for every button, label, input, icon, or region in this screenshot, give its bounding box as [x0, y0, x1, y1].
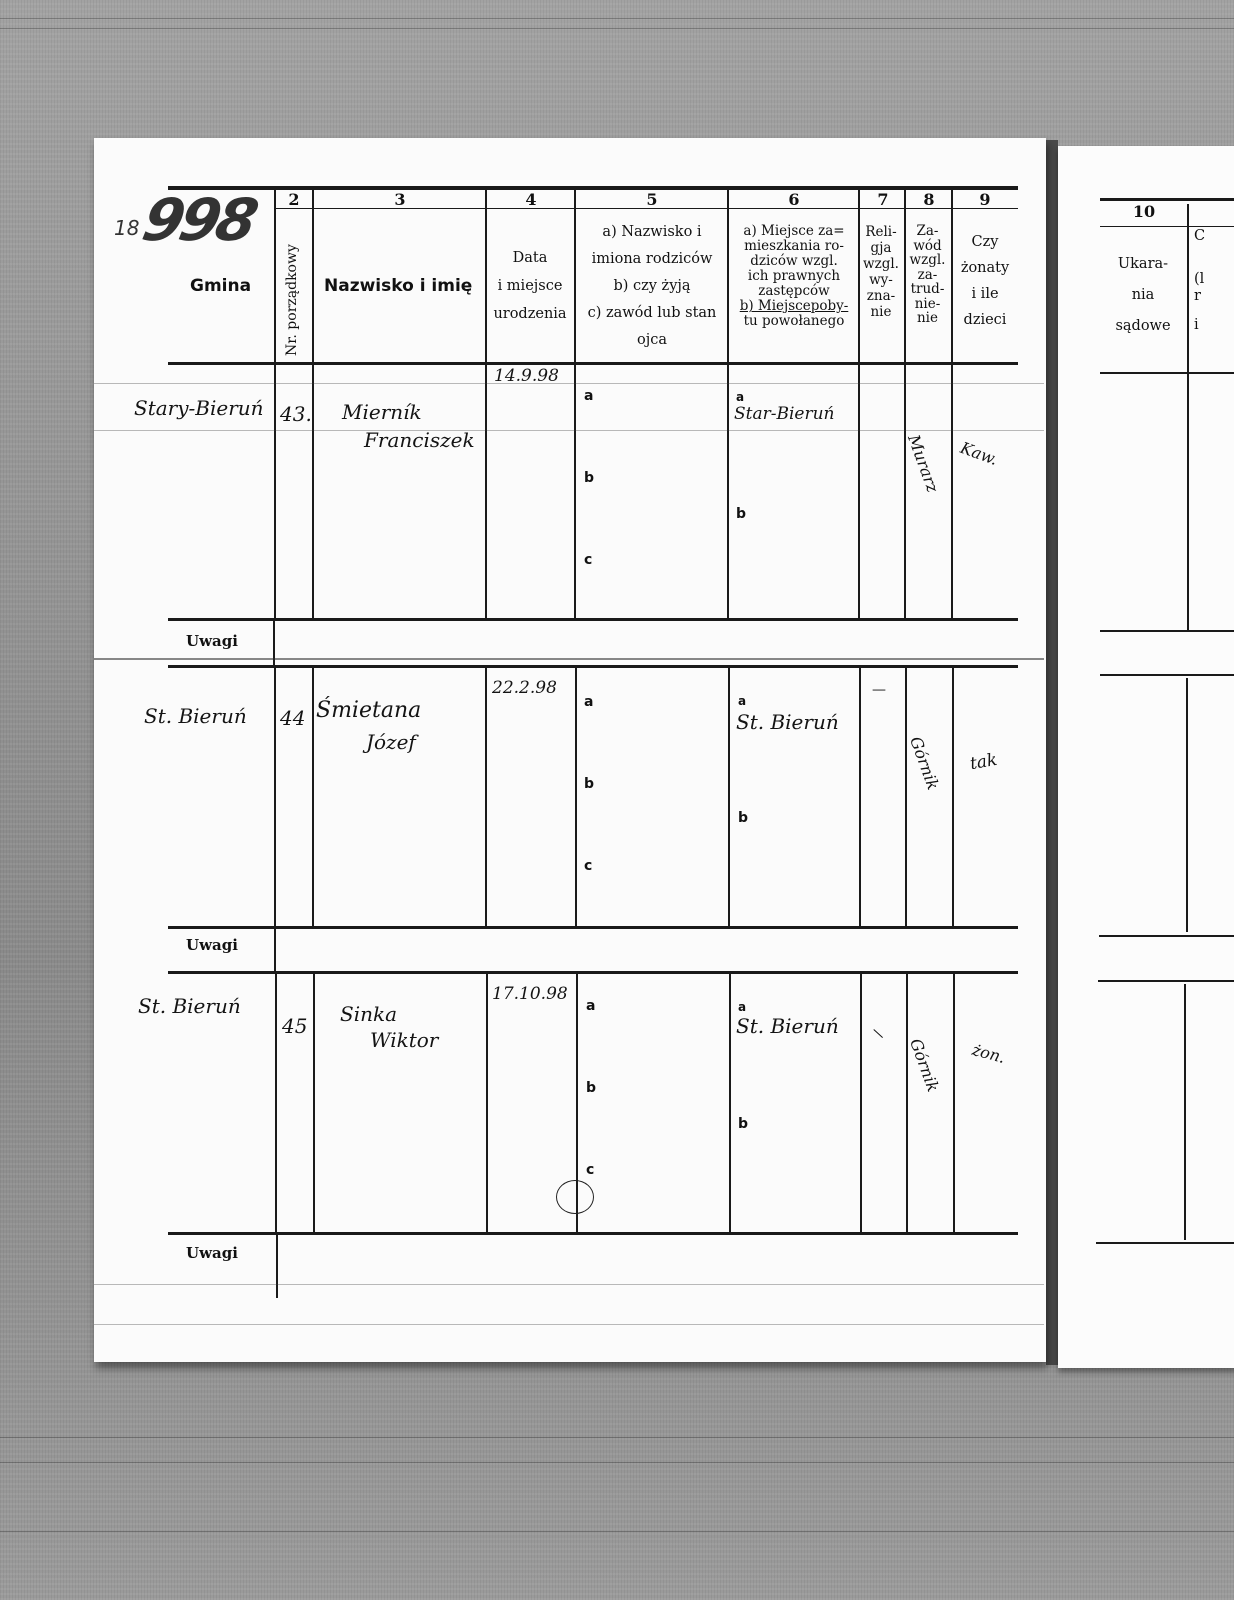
- row-rule: [168, 971, 1018, 974]
- entry-occupation: Górnik: [906, 1036, 943, 1094]
- row-rule: [168, 1232, 1018, 1235]
- entry-birth-date: 14.9.98: [494, 366, 559, 386]
- row-rule: [1098, 980, 1234, 982]
- ruling: [94, 430, 1044, 431]
- year-prefix: 18: [114, 216, 139, 240]
- header-gmina: Gmina: [190, 276, 251, 296]
- column-number-9: 9: [952, 190, 1018, 209]
- entry-nr: 45: [282, 1014, 307, 1038]
- column-divider: [906, 974, 908, 1232]
- header-top-rule: [1100, 198, 1234, 201]
- label-a: a: [584, 694, 593, 710]
- header-partial: C (l r i: [1194, 228, 1224, 334]
- column-divider: [485, 668, 487, 926]
- entry-nr: 43.: [280, 402, 312, 426]
- remarks-divider: [274, 928, 276, 972]
- column-divider: [1184, 984, 1186, 1240]
- row-rule: [1099, 935, 1234, 937]
- header-religja: Reli- gja wzgl. wy- zna- nie: [858, 224, 904, 320]
- label-c: c: [584, 552, 592, 568]
- header-bottom-rule: [1100, 372, 1234, 374]
- column-divider: [860, 974, 862, 1232]
- ruling: [94, 1324, 1044, 1325]
- entry-given-name: Wiktor: [370, 1028, 438, 1052]
- label-b: b: [586, 1080, 596, 1096]
- label-a: a: [738, 1000, 746, 1014]
- column-divider: [274, 668, 276, 926]
- remarks-label-3: Uwagi: [186, 1244, 238, 1262]
- register-page: 18 998 2 3 4 5 6 7 8 9 Gmina Nr. porządk…: [94, 138, 1046, 1362]
- entry-birth-date: 22.2.98: [492, 678, 557, 698]
- column-number-5: 5: [576, 190, 728, 209]
- scan-artifact: [0, 1437, 1234, 1438]
- row-rule: [1100, 630, 1234, 632]
- entry-residence: St. Bieruń: [736, 1014, 839, 1038]
- column-number-8: 8: [906, 190, 952, 209]
- column-divider: [575, 668, 577, 926]
- circle-mark: [556, 1180, 594, 1214]
- remarks-divider: [276, 1234, 278, 1298]
- entry-married: Kaw.: [958, 438, 1001, 469]
- entry-residence: Star-Bieruń: [734, 404, 835, 424]
- scan-artifact: [0, 1462, 1234, 1463]
- page-fold-shadow: [1046, 140, 1058, 1365]
- label-c: c: [584, 858, 592, 874]
- header-ukarania: Ukara- nia sądowe: [1098, 256, 1188, 335]
- entry-gmina: St. Bieruń: [144, 704, 247, 728]
- scan-artifact: [0, 1531, 1234, 1532]
- entry-surname: Mierník: [342, 400, 422, 424]
- column-number-2: 2: [276, 190, 312, 209]
- column-number-3: 3: [314, 190, 486, 209]
- header-rodzice: a) Nazwisko i imiona rodziców b) czy żyj…: [576, 224, 728, 349]
- column-divider: [312, 668, 314, 926]
- label-c: c: [586, 1162, 594, 1178]
- row-rule: [1096, 1242, 1234, 1244]
- column-divider: [486, 974, 488, 1232]
- column-divider: [312, 190, 314, 620]
- entry-surname: Sinka: [340, 1002, 397, 1026]
- entry-religion: \: [872, 1026, 884, 1042]
- header-nr-porzadkowy: Nr. porządkowy: [284, 244, 300, 356]
- entry-given-name: Franciszek: [364, 428, 475, 452]
- ruling: [94, 1284, 1044, 1285]
- entry-given-name: Józef: [366, 730, 416, 754]
- row-rule: [1100, 674, 1234, 676]
- entry-surname: Śmietana: [316, 698, 421, 723]
- column-divider: [313, 974, 315, 1232]
- entry-married: tak: [968, 750, 998, 774]
- header-rule: [1100, 226, 1234, 227]
- column-number-4: 4: [487, 190, 575, 209]
- column-divider: [729, 974, 731, 1232]
- label-b: b: [736, 506, 746, 522]
- right-page: 10 Ukara- nia sądowe C (l r i: [1058, 146, 1234, 1368]
- label-b: b: [738, 810, 748, 826]
- remarks-label-2: Uwagi: [186, 936, 238, 954]
- label-a: a: [738, 694, 746, 708]
- column-number-7: 7: [860, 190, 906, 209]
- header-zonaty: Czy żonaty i ile dzieci: [952, 234, 1018, 329]
- header-zawod: Za- wód wzgl. za- trud- nie- nie: [904, 224, 951, 326]
- header-data-miejsce: Data i miejsce urodzenia: [486, 250, 574, 323]
- column-divider: [859, 668, 861, 926]
- entry-gmina: St. Bieruń: [138, 994, 241, 1018]
- column-divider: [275, 974, 277, 1232]
- entry-religion: —: [872, 682, 886, 698]
- label-b: b: [738, 1116, 748, 1132]
- header-nazwisko-imie: Nazwisko i imię: [324, 276, 472, 296]
- row-rule: [168, 926, 1018, 929]
- label-a: a: [584, 388, 593, 404]
- entry-birth-date: 17.10.98: [492, 984, 568, 1004]
- column-divider: [952, 668, 954, 926]
- entry-gmina: Stary-Bieruń: [134, 396, 264, 420]
- entry-married: żon.: [970, 1040, 1007, 1067]
- column-number-10: 10: [1114, 202, 1174, 221]
- ruling: [94, 383, 1044, 384]
- header-bottom-rule: [168, 362, 1018, 365]
- header-miejsce: a) Miejsce za= mieszkania ro- dziców wzg…: [729, 224, 859, 329]
- column-divider: [905, 668, 907, 926]
- column-divider: [728, 668, 730, 926]
- label-b: b: [584, 776, 594, 792]
- column-divider: [953, 974, 955, 1232]
- entry-occupation: Górnik: [906, 734, 943, 792]
- entry-residence: St. Bieruń: [736, 710, 839, 734]
- label-a: a: [586, 998, 595, 1014]
- row-rule: [168, 665, 1018, 668]
- label-a: a: [736, 390, 744, 404]
- scan-artifact: [0, 18, 1234, 19]
- ruling: [94, 658, 1044, 660]
- entry-nr: 44: [280, 706, 305, 730]
- year-stamp: 998: [137, 186, 261, 254]
- scan-artifact: [0, 28, 1234, 29]
- label-b: b: [584, 470, 594, 486]
- column-divider: [274, 190, 276, 620]
- column-divider: [1186, 678, 1188, 932]
- row-rule: [168, 618, 1018, 621]
- column-number-6: 6: [729, 190, 859, 209]
- entry-occupation: Murarz: [904, 432, 942, 495]
- remarks-label-1: Uwagi: [186, 632, 238, 650]
